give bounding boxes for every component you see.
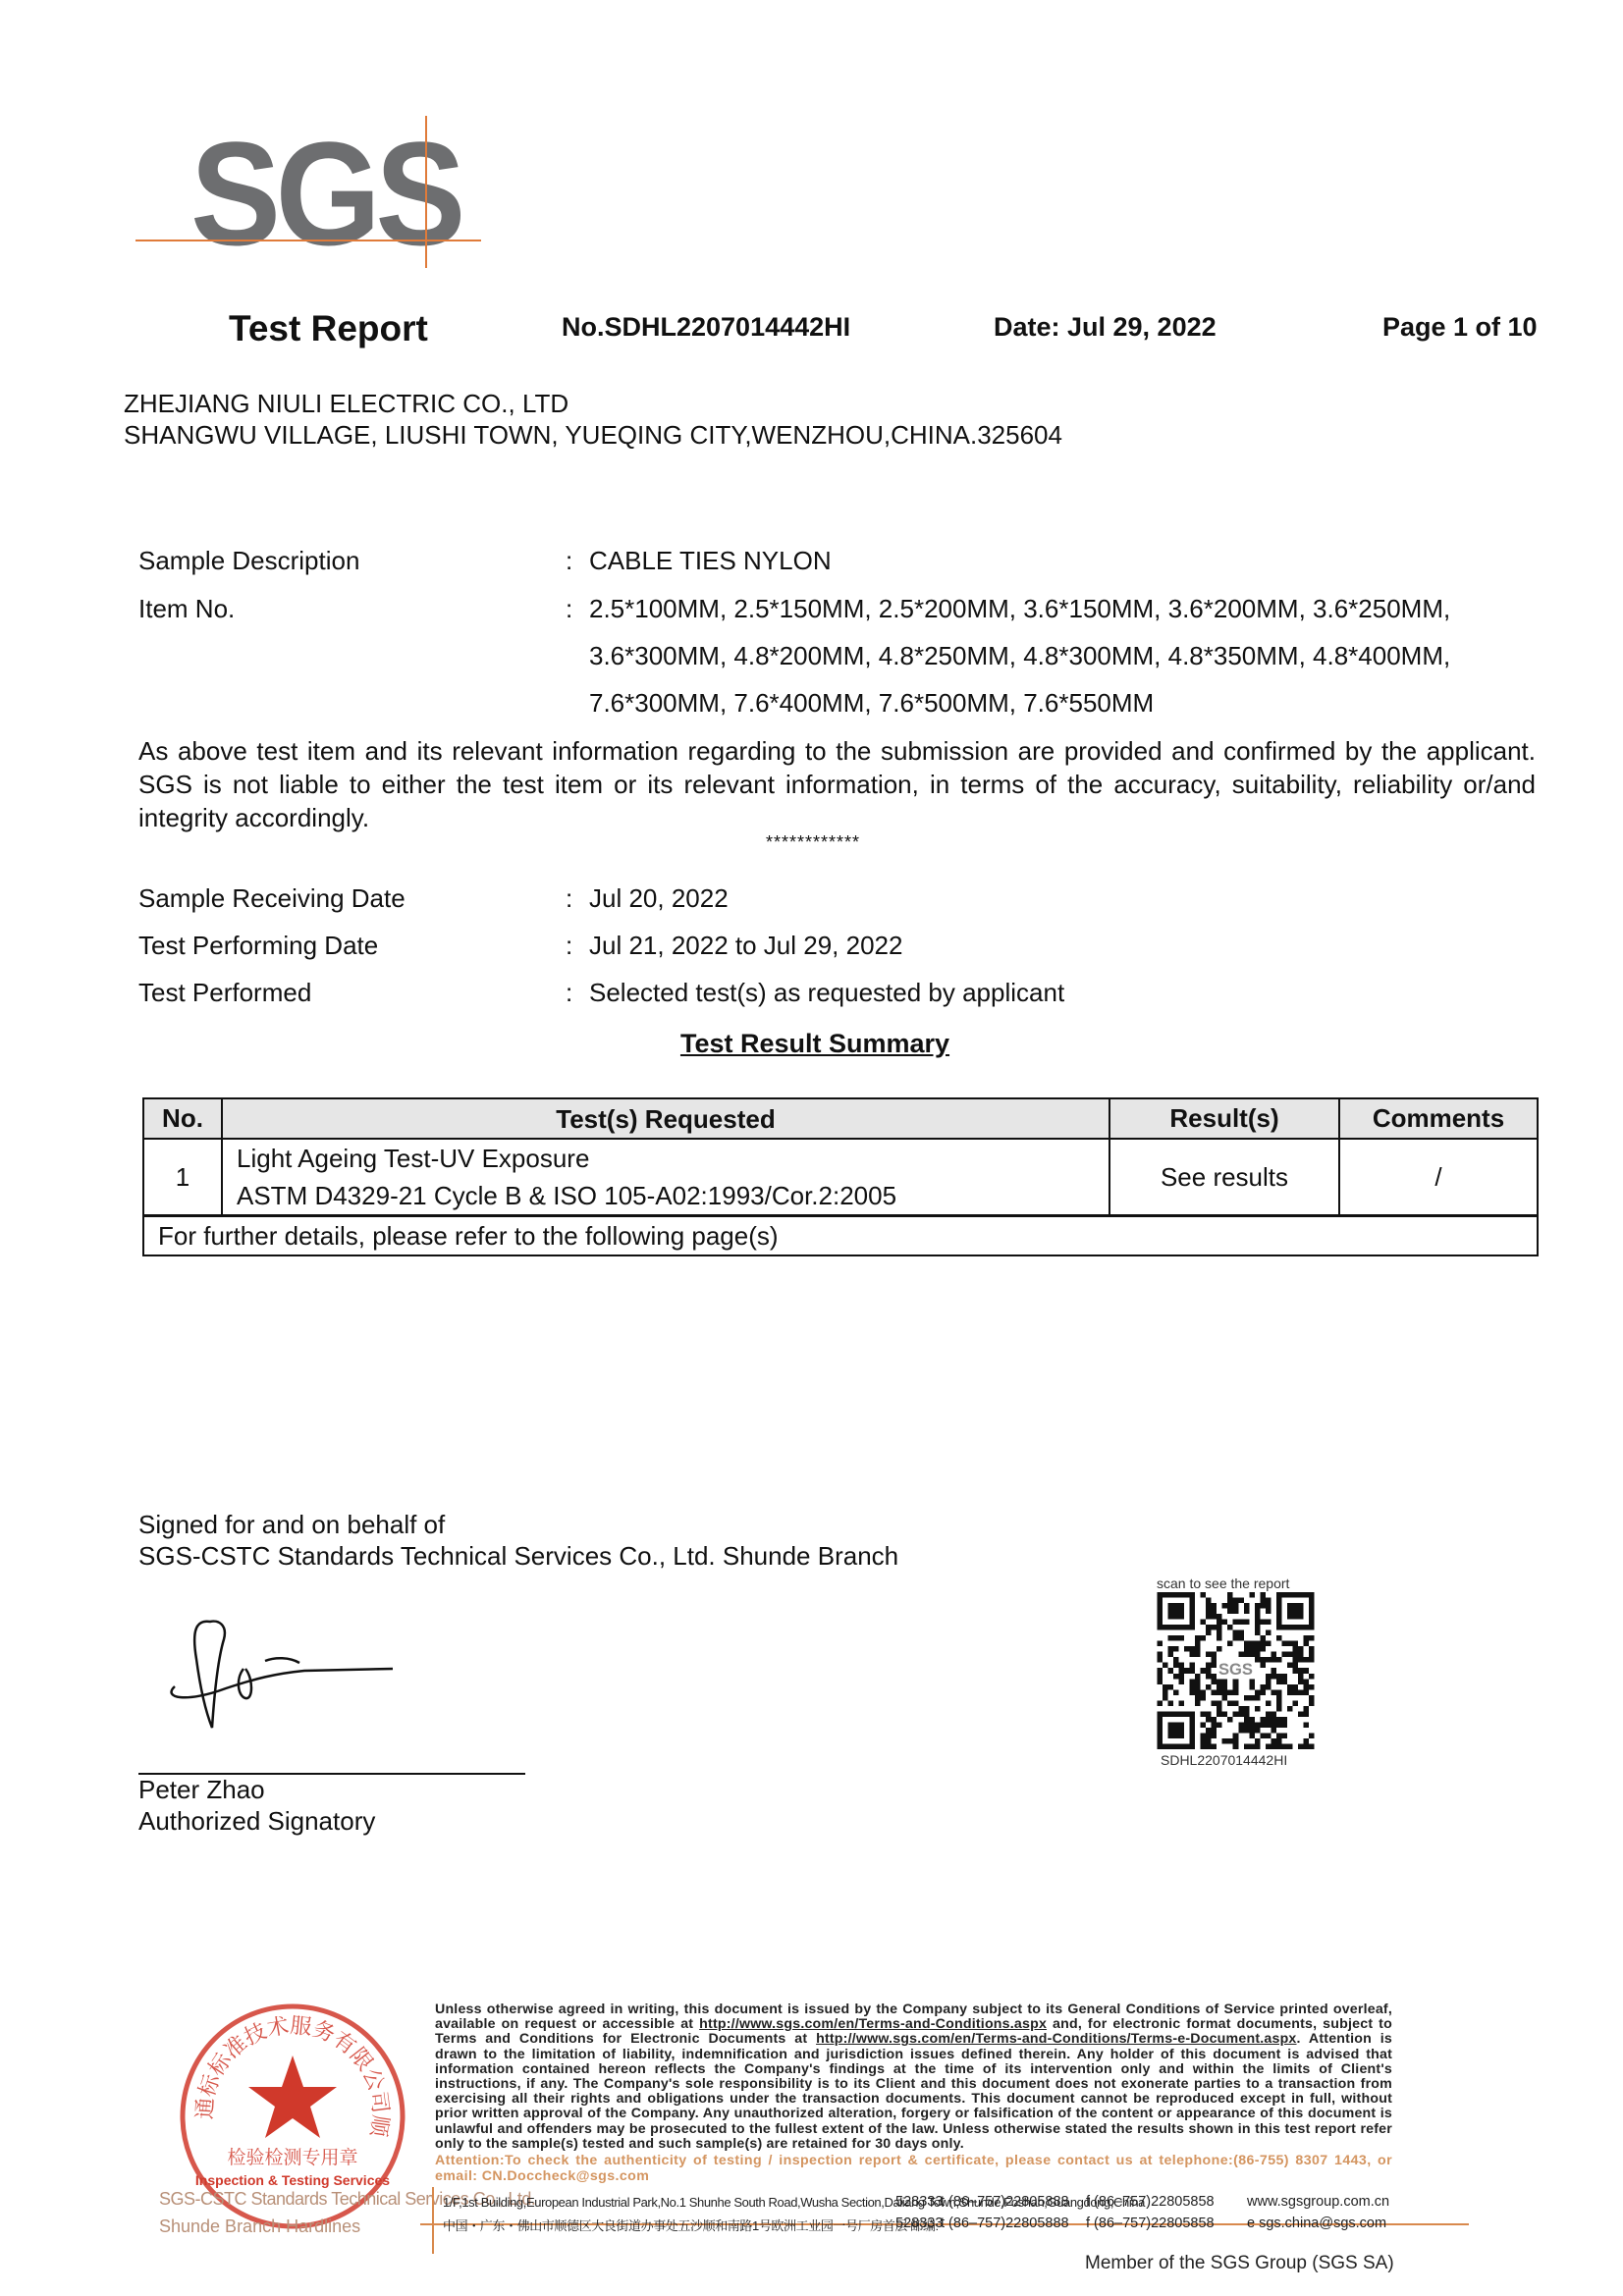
svg-text:Inspection & Testing Services: Inspection & Testing Services bbox=[195, 2172, 390, 2188]
item-no-value-line: 3.6*300MM, 4.8*200MM, 4.8*250MM, 4.8*300… bbox=[589, 641, 1450, 671]
applicant-name: ZHEJIANG NIULI ELECTRIC CO., LTD bbox=[124, 389, 568, 419]
field-colon: : bbox=[566, 594, 572, 624]
field-colon: : bbox=[566, 931, 572, 961]
authenticity-attention: Attention:To check the authenticity of t… bbox=[435, 2154, 1392, 2184]
qr-caption: scan to see the report bbox=[1157, 1575, 1289, 1591]
item-no-label: Item No. bbox=[138, 594, 235, 624]
test-result-summary-table: No. Test(s) Requested Result(s) Comments… bbox=[142, 1097, 1539, 1256]
terms-link[interactable]: http://www.sgs.com/en/Terms-and-Conditio… bbox=[816, 2031, 1296, 2047]
disclaimer-paragraph: As above test item and its relevant info… bbox=[138, 734, 1536, 834]
table-footer-row: For further details, please refer to the… bbox=[143, 1216, 1538, 1256]
column-header-no: No. bbox=[143, 1098, 222, 1139]
email-link[interactable]: e sgs.china@sgs.com bbox=[1247, 2216, 1386, 2231]
table-header-row: No. Test(s) Requested Result(s) Comments bbox=[143, 1098, 1538, 1139]
test-standard: ASTM D4329-21 Cycle B & ISO 105-A02:1993… bbox=[237, 1177, 1109, 1214]
test-performed-value: Selected test(s) as requested by applica… bbox=[589, 978, 1064, 1008]
zip-code: 528333 bbox=[895, 2194, 943, 2210]
signatory-title: Authorized Signatory bbox=[138, 1806, 375, 1837]
applicant-address: SHANGWU VILLAGE, LIUSHI TOWN, YUEQING CI… bbox=[124, 420, 1062, 451]
test-performing-date-value: Jul 21, 2022 to Jul 29, 2022 bbox=[589, 931, 902, 961]
stamp-company-line-2: Shunde Branch Hardlines bbox=[159, 2216, 360, 2237]
test-performing-date-label: Test Performing Date bbox=[138, 931, 378, 961]
qr-code[interactable]: SGS bbox=[1156, 1592, 1316, 1749]
sgs-group-membership: Member of the SGS Group (SGS SA) bbox=[1085, 2253, 1394, 2274]
sgs-logo: SGS bbox=[135, 116, 489, 273]
signatory-name: Peter Zhao bbox=[138, 1775, 265, 1805]
address-chinese: 中国・广东・佛山市顺德区大良街道办事处五沙顺和南路1号欧洲工业园一号厂房首层 邮… bbox=[443, 2216, 939, 2234]
logo-vertical-rule bbox=[425, 116, 427, 268]
field-colon: : bbox=[566, 978, 572, 1008]
cell-no: 1 bbox=[143, 1139, 222, 1216]
signing-company: SGS-CSTC Standards Technical Services Co… bbox=[138, 1541, 898, 1572]
item-no-value-line: 2.5*100MM, 2.5*150MM, 2.5*200MM, 3.6*150… bbox=[589, 594, 1450, 624]
zip-code: 528333 bbox=[895, 2216, 943, 2231]
column-header-tests: Test(s) Requested bbox=[222, 1098, 1109, 1139]
table-row: 1 Light Ageing Test-UV Exposure ASTM D43… bbox=[143, 1139, 1538, 1216]
summary-title: Test Result Summary bbox=[0, 1029, 1623, 1059]
fax: f (86–757)22805858 bbox=[1086, 2216, 1215, 2231]
logo-horizontal-rule bbox=[135, 240, 481, 241]
footer-vertical-rule bbox=[432, 2187, 434, 2254]
fax: f (86–757)22805858 bbox=[1086, 2194, 1215, 2210]
telephone: t (86–757)22805888 bbox=[941, 2216, 1069, 2231]
qr-center-logo: SGS bbox=[1218, 1660, 1253, 1679]
test-performed-label: Test Performed bbox=[138, 978, 311, 1008]
terms-link[interactable]: http://www.sgs.com/en/Terms-and-Conditio… bbox=[699, 2016, 1047, 2032]
item-no-value-line: 7.6*300MM, 7.6*400MM, 7.6*500MM, 7.6*550… bbox=[589, 688, 1154, 719]
logo-text: SGS bbox=[190, 120, 460, 267]
telephone: t (86–757)22805888 bbox=[941, 2194, 1069, 2210]
field-colon: : bbox=[566, 546, 572, 576]
table-footer-note: For further details, please refer to the… bbox=[143, 1216, 1538, 1256]
sample-description-label: Sample Description bbox=[138, 546, 359, 576]
cell-tests: Light Ageing Test-UV Exposure ASTM D4329… bbox=[222, 1139, 1109, 1216]
page-number: Page 1 of 10 bbox=[1382, 312, 1538, 343]
qr-report-id: SDHL2207014442HI bbox=[1161, 1752, 1287, 1768]
report-title: Test Report bbox=[229, 308, 428, 349]
cell-comments: / bbox=[1339, 1139, 1538, 1216]
sample-receiving-date-value: Jul 20, 2022 bbox=[589, 883, 729, 914]
signed-on-behalf-label: Signed for and on behalf of bbox=[138, 1510, 445, 1540]
sample-receiving-date-label: Sample Receiving Date bbox=[138, 883, 406, 914]
website-link[interactable]: www.sgsgroup.com.cn bbox=[1247, 2194, 1389, 2210]
cell-result: See results bbox=[1109, 1139, 1339, 1216]
column-header-comments: Comments bbox=[1339, 1098, 1538, 1139]
column-header-results: Result(s) bbox=[1109, 1098, 1339, 1139]
handwritten-signature bbox=[167, 1620, 422, 1733]
report-date: Date: Jul 29, 2022 bbox=[994, 312, 1217, 343]
legal-terms-text: Unless otherwise agreed in writing, this… bbox=[435, 2002, 1392, 2152]
report-number: No.SDHL2207014442HI bbox=[562, 312, 850, 343]
svg-text:检验检测专用章: 检验检测专用章 bbox=[227, 2147, 357, 2168]
test-name: Light Ageing Test-UV Exposure bbox=[237, 1140, 1109, 1177]
separator: ************ bbox=[766, 832, 860, 853]
field-colon: : bbox=[566, 883, 572, 914]
sample-description-value: CABLE TIES NYLON bbox=[589, 546, 832, 576]
